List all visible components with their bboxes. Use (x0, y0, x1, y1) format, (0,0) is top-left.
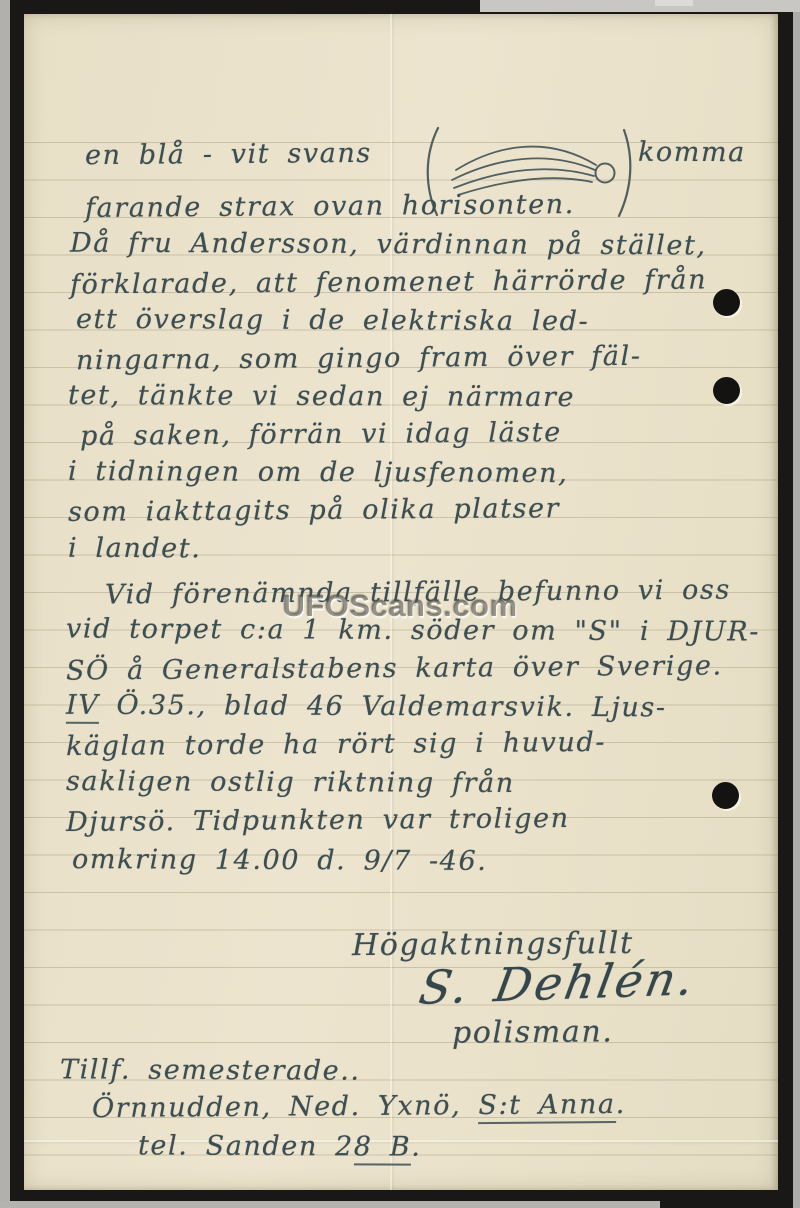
handwritten-line: Tillf. semesterade.. (60, 1055, 361, 1086)
handwritten-text: på saken, förrän vi idag läste (80, 417, 562, 452)
handwritten-text: sakligen ostlig riktning från (66, 766, 515, 799)
handwritten-line: i landet. (68, 534, 202, 564)
handwritten-text: Då fru Andersson, värdinnan på stället, (70, 228, 707, 262)
handwritten-line: förklarade, att fenomenet härrörde från (70, 265, 707, 300)
handwritten-line: Djursö. Tidpunkten var troligen (66, 804, 570, 838)
handwritten-line: i tidningen om de ljusfenomen, (68, 457, 568, 489)
handwritten-text: tel. Sanden 2 (138, 1130, 354, 1162)
handwritten-text: SÖ å Generalstabens karta över Sverige. (66, 650, 723, 686)
handwritten-line: polisman. (452, 1015, 614, 1049)
handwritten-text: Djursö. Tidpunkten var troligen (66, 803, 570, 838)
handwritten-text-underlined: 8 B (354, 1131, 412, 1165)
handwritten-text: en blå - vit svans (85, 138, 372, 171)
handwritten-line: S. Dehlén. (416, 953, 701, 1014)
handwritten-line: käglan torde ha rört sig i huvud- (66, 728, 606, 762)
handwritten-text: . (616, 1089, 626, 1120)
handwritten-line: ningarna, som gingo fram över fäl- (76, 342, 642, 376)
handwritten-text: i tidningen om de ljusfenomen, (68, 456, 568, 489)
handwritten-line: som iakttagits på olika platser (68, 494, 560, 528)
handwritten-line: komma (638, 138, 746, 168)
scanned-letter-page: { "scan": { "watermark": "UFOScans.com",… (0, 0, 800, 1208)
handwritten-text-underlined: IV (66, 690, 100, 724)
handwritten-text: förklarade, att fenomenet härrörde från (70, 264, 707, 300)
handwritten-text: Örnnudden, Ned. Yxnö, (92, 1090, 479, 1124)
handwritten-text: som iakttagits på olika platser (68, 493, 560, 528)
comet-sketch-icon (418, 124, 636, 220)
handwritten-text: käglan torde ha rört sig i huvud- (66, 727, 606, 762)
handwritten-text: polisman. (452, 1014, 614, 1050)
handwritten-line: på saken, förrän vi idag läste (80, 418, 562, 451)
handwritten-line: tel. Sanden 28 B. (138, 1131, 422, 1162)
handwritten-line: Örnnudden, Ned. Yxnö, S:t Anna. (92, 1090, 626, 1124)
handwritten-text: tet, tänkte vi sedan ej närmare (68, 380, 575, 413)
handwritten-line: IV Ö.35., blad 46 Valdemarsvik. Ljus- (66, 691, 667, 723)
handwritten-text: Ö.35., blad 46 Valdemarsvik. Ljus- (99, 690, 666, 723)
watermark: UFOScans.com (280, 588, 520, 624)
handwritten-line: omkring 14.00 d. 9/7 -46. (72, 845, 488, 877)
handwritten-text: . (411, 1132, 421, 1163)
handwritten-text: ningarna, som gingo fram över fäl- (76, 341, 642, 376)
handwritten-text: Tillf. semesterade.. (60, 1054, 361, 1086)
handwritten-text: omkring 14.00 d. 9/7 -46. (72, 844, 488, 877)
handwritten-line: SÖ å Generalstabens karta över Sverige. (66, 651, 723, 686)
handwritten-line: tet, tänkte vi sedan ej närmare (68, 381, 575, 413)
handwritten-text: ett överslag i de elektriska led- (76, 304, 589, 337)
handwritten-line: sakligen ostlig riktning från (66, 767, 515, 799)
handwritten-text-underlined: S:t Anna (478, 1089, 615, 1124)
handwritten-line: en blå - vit svans (85, 139, 372, 171)
handwritten-text: S. Dehlén. (415, 951, 700, 1015)
handwritten-line: Då fru Andersson, värdinnan på stället, (70, 229, 707, 261)
handwritten-text: i landet. (68, 533, 202, 565)
handwritten-text: komma (638, 137, 746, 168)
handwritten-line: ett överslag i de elektriska led- (76, 305, 589, 337)
